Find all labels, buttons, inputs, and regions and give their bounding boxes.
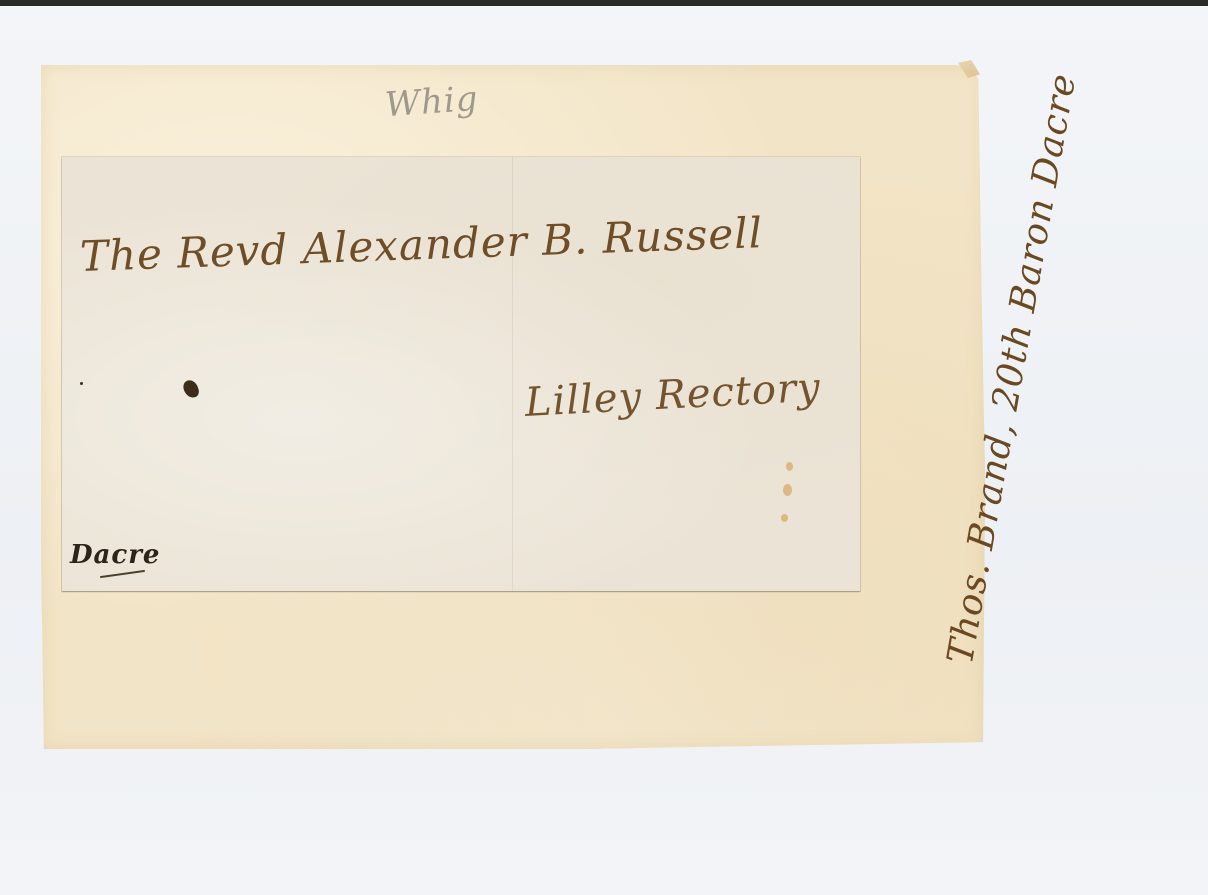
- ink-dot: [80, 382, 83, 385]
- pencil-annotation: Whig: [384, 79, 480, 125]
- foxing-stain: [781, 514, 788, 522]
- foxing-stain: [783, 484, 792, 496]
- franking-signature: Dacre: [70, 540, 160, 570]
- foxing-stain: [786, 462, 793, 471]
